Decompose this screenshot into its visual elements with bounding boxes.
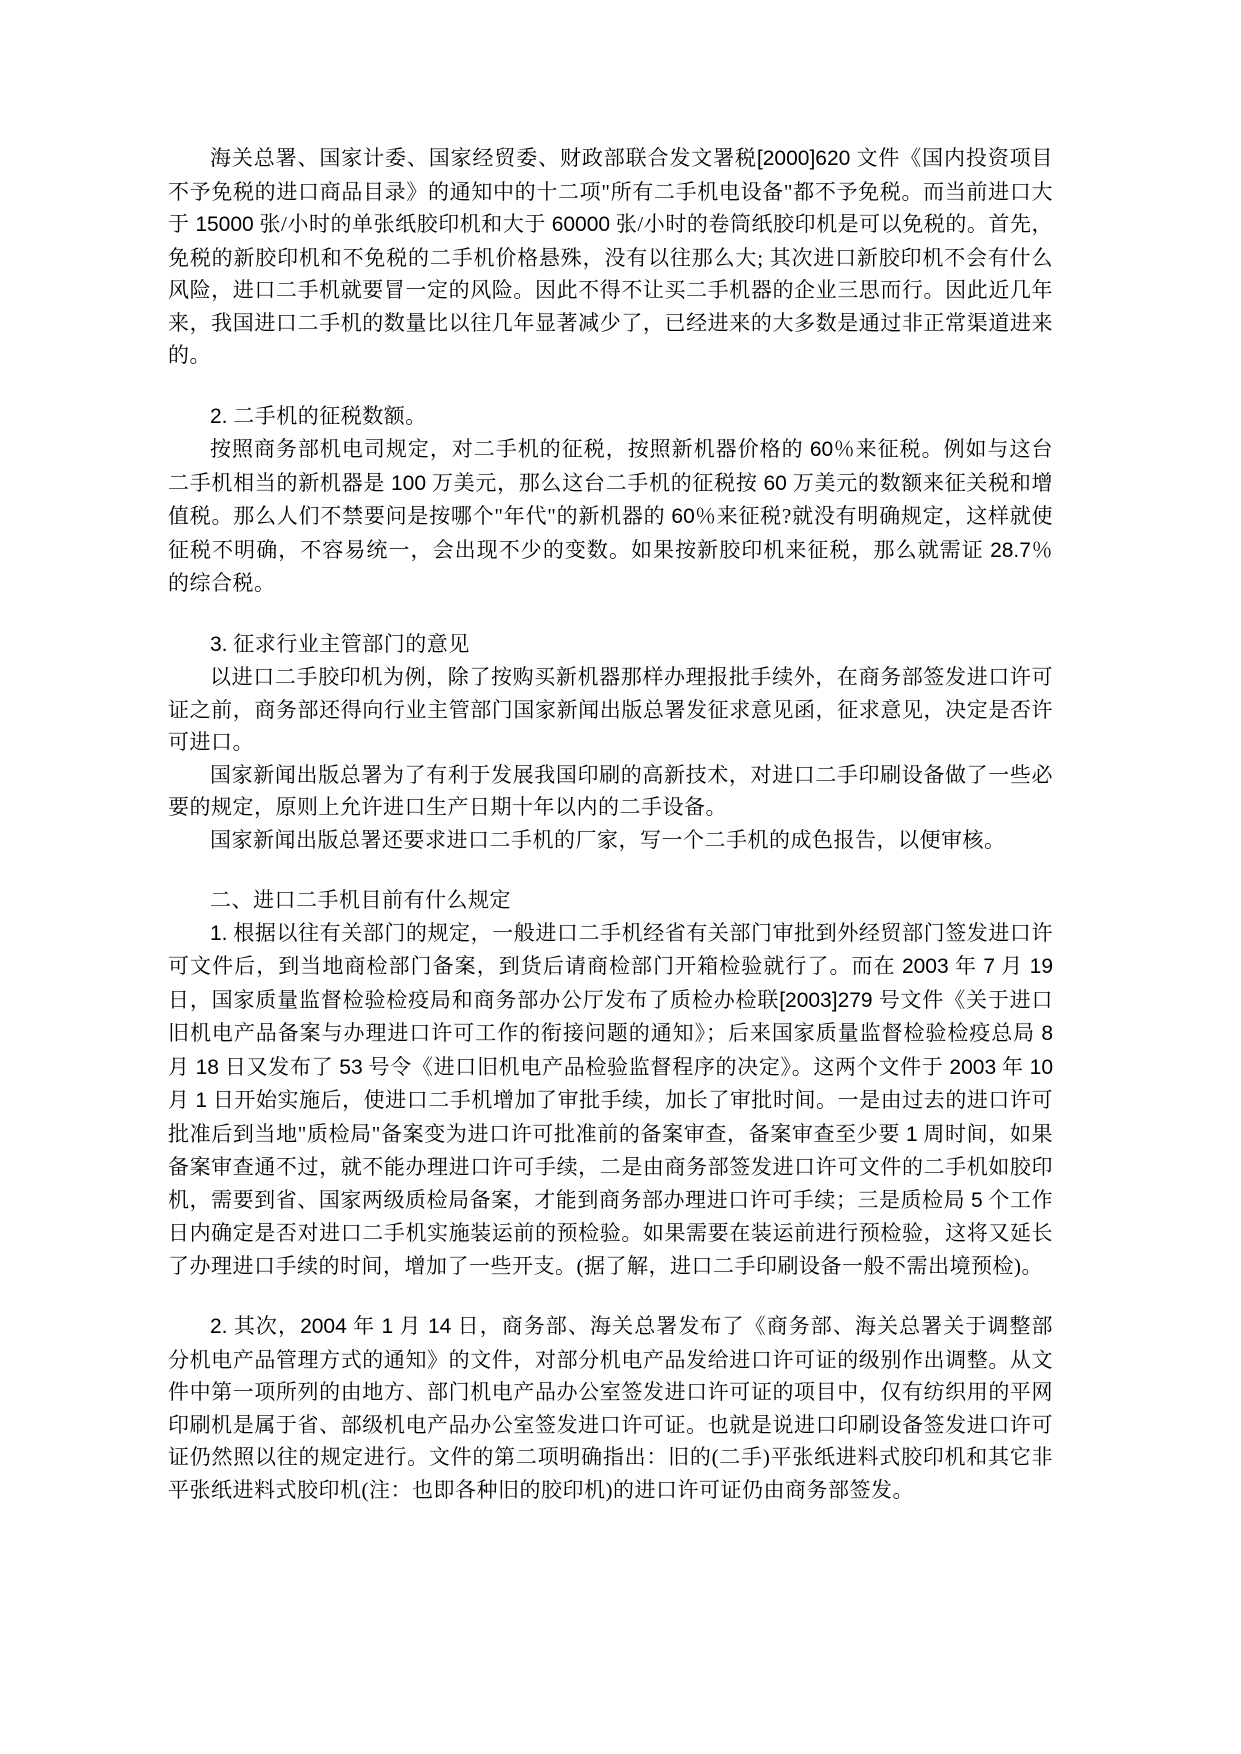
paragraph-consult-process: 以进口二手胶印机为例，除了按购买新机器那样办理报批手续外，在商务部签发进口许可证… [168,661,1053,759]
paragraph-regulation-item-2: 2. 其次，2004 年 1 月 14 日，商务部、海关总署发布了《商务部、海关… [168,1310,1053,1506]
paragraph-press-administration-rules: 国家新闻出版总署为了有利于发展我国印刷的高新技术，对进口二手印刷设备做了一些必要… [168,759,1053,824]
paragraph-condition-report: 国家新闻出版总署还要求进口二手机的厂家，写一个二手机的成色报告，以便审核。 [168,824,1053,857]
document-page: 海关总署、国家计委、国家经贸委、财政部联合发文署税[2000]620 文件《国内… [0,0,1241,1754]
paragraph-regulation-item-1: 1. 根据以往有关部门的规定，一般进口二手机经省有关部门审批到外经贸部门签发进口… [168,917,1053,1283]
paragraph-tax-exemption-policy: 海关总署、国家计委、国家经贸委、财政部联合发文署税[2000]620 文件《国内… [168,142,1053,372]
paragraph-tax-amount-detail: 按照商务部机电司规定，对二手机的征税，按照新机器价格的 60％来征税。例如与这台… [168,433,1053,600]
heading-current-regulations: 二、进口二手机目前有什么规定 [168,884,1053,917]
heading-tax-amount: 2. 二手机的征税数额。 [168,400,1053,434]
heading-consult-authority: 3. 征求行业主管部门的意见 [168,628,1053,662]
